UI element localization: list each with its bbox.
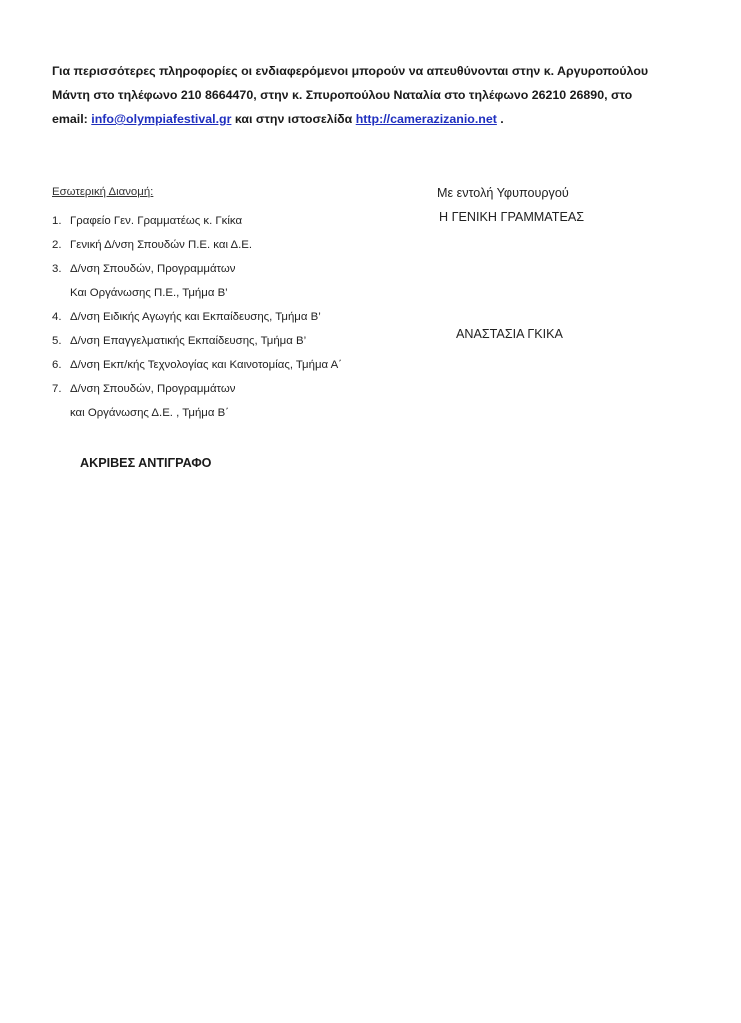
signature-role: Η ΓΕΝΙΚΗ ΓΡΑΜΜΑΤΕΑΣ [439, 210, 584, 224]
list-item: 2.Γενική Δ/νση Σπουδών Π.Ε. και Δ.Ε. [52, 233, 342, 257]
list-item: 5.Δ/νση Επαγγελματικής Εκπαίδευσης, Τμήμ… [52, 329, 342, 353]
list-item: 3.Δ/νση Σπουδών, Προγραμμάτων [52, 257, 342, 281]
list-item: 7.Δ/νση Σπουδών, Προγραμμάτων [52, 377, 342, 401]
distribution-list: 1.Γραφείο Γεν. Γραμματέως κ. Γκίκα 2.Γεν… [52, 209, 342, 425]
exact-copy-label: ΑΚΡΙΒΕΣ ΑΝΤΙΓΡΑΦΟ [80, 456, 211, 470]
email-label: email: [52, 112, 91, 126]
list-item-continuation: και Οργάνωσης Δ.Ε. , Τμήμα Β΄ [52, 401, 342, 425]
website-label: και στην ιστοσελίδα [231, 112, 355, 126]
distribution-title: Εσωτερική Διανομή: [52, 186, 153, 198]
contact-line-3: email: info@olympiafestival.gr και στην … [52, 107, 692, 131]
contact-line-2: Μάντη στο τηλέφωνο 210 8664470, στην κ. … [52, 83, 692, 107]
list-item-continuation: Και Οργάνωσης Π.Ε., Τμήμα Β’ [52, 281, 342, 305]
signature-name: ΑΝΑΣΤΑΣΙΑ ΓΚΙΚΑ [456, 327, 563, 341]
signature-order: Με εντολή Υφυπουργού [437, 186, 569, 200]
list-item: 1.Γραφείο Γεν. Γραμματέως κ. Γκίκα [52, 209, 342, 233]
email-link[interactable]: info@olympiafestival.gr [91, 112, 231, 126]
list-item: 6.Δ/νση Εκπ/κής Τεχνολογίας και Καινοτομ… [52, 353, 342, 377]
line-end: . [497, 112, 504, 126]
contact-paragraph: Για περισσότερες πληροφορίες οι ενδιαφερ… [52, 59, 692, 131]
website-link[interactable]: http://camerazizanio.net [356, 112, 497, 126]
contact-line-1: Για περισσότερες πληροφορίες οι ενδιαφερ… [52, 59, 692, 83]
list-item: 4.Δ/νση Ειδικής Αγωγής και Εκπαίδευσης, … [52, 305, 342, 329]
